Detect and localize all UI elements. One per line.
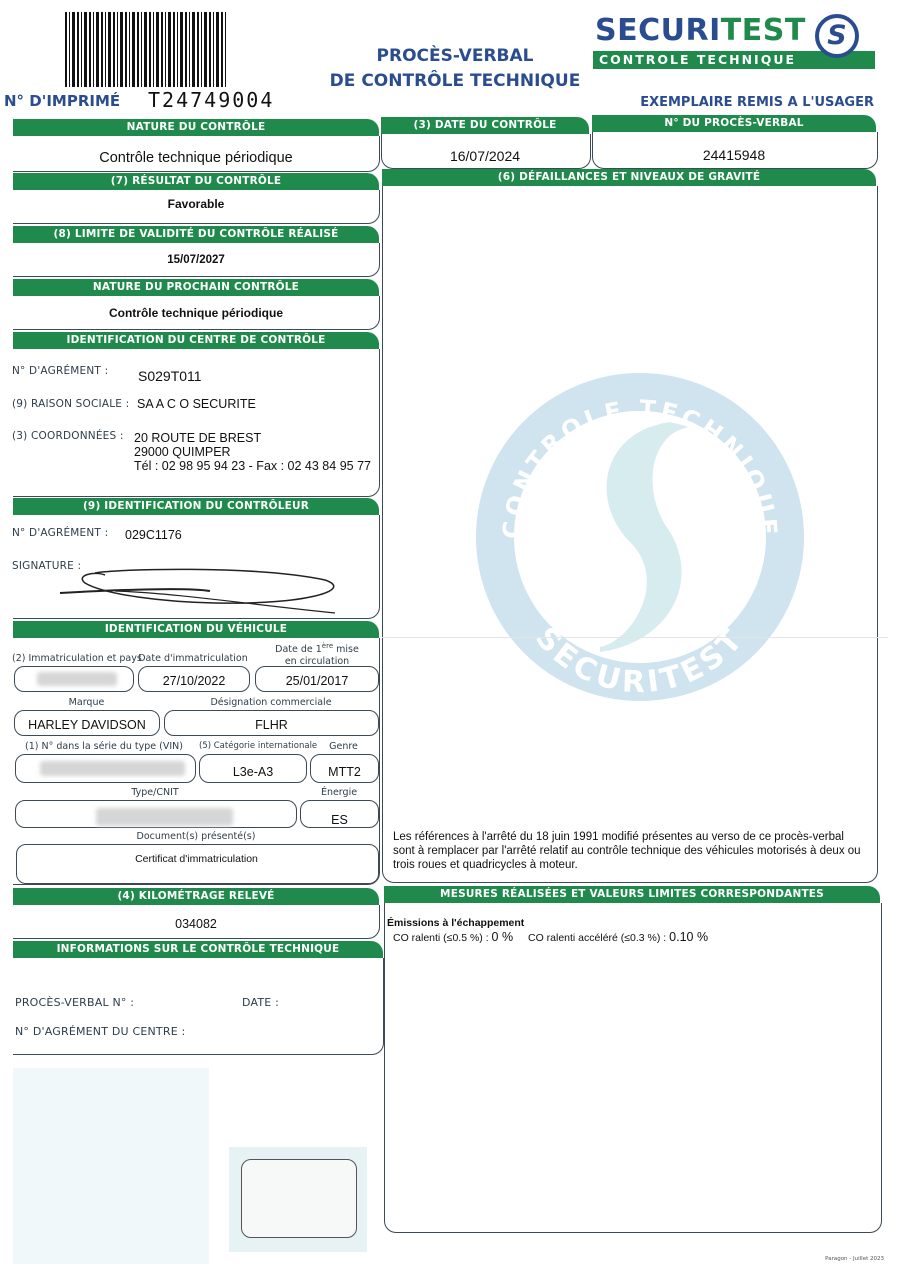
resultat-header: (7) RÉSULTAT DU CONTRÔLE [13, 173, 379, 190]
defavorable-agrement-label: N° D'AGRÉMENT DU CENTRE : [15, 1025, 185, 1038]
vehicule-header: IDENTIFICATION DU VÉHICULE [13, 621, 379, 638]
genre-field: MTT2 [310, 754, 379, 783]
marque-field: HARLEY DAVIDSON [14, 710, 160, 736]
centre-header: IDENTIFICATION DU CENTRE DE CONTRÔLE [13, 332, 379, 349]
immat-redacted [37, 672, 117, 686]
nature-controle-value: Contrôle technique périodique [13, 150, 379, 166]
brand-securi: SECURI [595, 13, 721, 48]
mesures-header: MESURES RÉALISÉES ET VALEURS LIMITES COR… [384, 886, 880, 903]
barcode [65, 12, 227, 87]
controleur-agrement-label: N° D'AGRÉMENT : [12, 527, 108, 539]
securitest-watermark-icon: CONTROLE TECHNIQUE SECURITEST [470, 372, 810, 702]
vin-redacted [40, 761, 185, 776]
date-immat-label: Date d'immatriculation [137, 653, 249, 664]
prochain-controle-value: Contrôle technique périodique [13, 306, 379, 320]
vin-field [15, 754, 196, 783]
limite-validite-header: (8) LIMITE DE VALIDITÉ DU CONTRÔLE RÉALI… [13, 226, 379, 243]
stamp-box [241, 1159, 357, 1238]
designation-label: Désignation commerciale [165, 697, 377, 708]
resultat-value: Favorable [13, 197, 379, 211]
centre-address-line1: 20 ROUTE DE BREST [134, 431, 261, 445]
defavorable-date-label: DATE : [242, 996, 279, 1009]
energie-label: Énergie [300, 787, 378, 798]
date-circ-label: Date de 1ère miseen circulation [255, 640, 379, 668]
title-line-2: DE CONTRÔLE TECHNIQUE [320, 69, 590, 94]
securitest-logo: SECURITEST CONTROLE TECHNIQUE S [593, 14, 875, 70]
fold-line [382, 637, 888, 638]
date-controle-header: (3) DATE DU CONTRÔLE [381, 117, 589, 134]
immat-field [14, 666, 134, 692]
categorie-field: L3e-A3 [199, 754, 307, 783]
date-circ-field: 25/01/2017 [255, 666, 379, 692]
co-ralenti-value: 0 % [492, 930, 514, 944]
brand-test: TEST [721, 13, 806, 48]
securitest-s-logo-icon: S [815, 14, 859, 58]
type-label: Type/CNIT [14, 787, 296, 798]
defavorable-pv-label: PROCÈS-VERBAL N° : [15, 996, 134, 1009]
type-redacted [96, 808, 233, 826]
defaillances-header: (6) DÉFAILLANCES ET NIVEAUX DE GRAVITÉ [382, 169, 876, 186]
num-pv-header: N° DU PROCÈS-VERBAL [592, 115, 876, 132]
brand-tagline: CONTROLE TECHNIQUE [599, 52, 796, 67]
prochain-controle-header: NATURE DU PROCHAIN CONTRÔLE [13, 279, 379, 296]
genre-label: Genre [310, 741, 377, 752]
energie-field: ES [300, 800, 379, 828]
centre-raison-value: SA A C O SECURITE [137, 397, 256, 411]
imprime-label: N° D'IMPRIMÉ [4, 92, 120, 110]
blank-area-left [13, 1068, 209, 1264]
footer-printer: Paragon - Juillet 2023 [825, 1256, 884, 1262]
centre-raison-label: (9) RAISON SOCIALE : [12, 398, 129, 410]
co-accel: CO ralenti accéléré (≤0.3 %) : 0.10 % [528, 930, 708, 944]
mesures-box [384, 903, 882, 1233]
co-ralenti-label: CO ralenti (≤0.5 %) : [393, 932, 489, 944]
controleur-agrement-value: 029C1176 [125, 528, 182, 542]
date-immat-field: 27/10/2022 [138, 666, 250, 692]
defaillances-note: Les références à l'arrêté du 18 juin 199… [393, 830, 863, 872]
categorie-label: (5) Catégorie internationale [199, 741, 307, 751]
nature-controle-header: NATURE DU CONTRÔLE [13, 119, 379, 136]
title-line-1: PROCÈS-VERBAL [320, 44, 590, 69]
centre-coord-label: (3) COORDONNÉES : [12, 430, 124, 442]
controleur-header: (9) IDENTIFICATION DU CONTRÔLEUR [13, 498, 379, 515]
centre-agrement-value: S029T011 [138, 368, 202, 384]
kilometrage-header: (4) KILOMÉTRAGE RELEVÉ [13, 888, 379, 905]
centre-address-line2: 29000 QUIMPER [134, 445, 231, 459]
documents-value: Certificat d'immatriculation [16, 853, 377, 865]
immat-label: (2) Immatriculation et pays [12, 653, 134, 664]
limite-validite-value: 15/07/2027 [13, 254, 379, 266]
marque-label: Marque [14, 697, 159, 708]
co-accel-label: CO ralenti accéléré (≤0.3 %) : [528, 932, 666, 944]
co-ralenti: CO ralenti (≤0.5 %) : 0 % [393, 930, 513, 944]
type-field [15, 800, 297, 828]
centre-phone-line: Tél : 02 98 95 94 23 - Fax : 02 43 84 95… [134, 459, 371, 473]
date-controle-value: 16/07/2024 [381, 148, 589, 164]
kilometrage-value: 034082 [13, 917, 379, 931]
defavorable-header: INFORMATIONS SUR LE CONTRÔLE TECHNIQUE D… [13, 941, 383, 958]
co-accel-value: 0.10 % [669, 930, 708, 944]
vin-label: (1) N° dans la série du type (VIN) [14, 741, 194, 752]
designation-field: FLHR [164, 710, 379, 736]
signature [55, 565, 345, 615]
imprime-number: T24749004 [148, 88, 274, 112]
documents-label: Document(s) présenté(s) [14, 831, 378, 842]
mesures-section-title: Émissions à l'échappement [387, 917, 524, 929]
copy-label: EXEMPLAIRE REMIS A L'USAGER [640, 95, 874, 110]
document-title: PROCÈS-VERBAL DE CONTRÔLE TECHNIQUE [320, 44, 590, 94]
num-pv-value: 24415948 [592, 147, 876, 163]
centre-agrement-label: N° D'AGRÉMENT : [12, 365, 108, 377]
